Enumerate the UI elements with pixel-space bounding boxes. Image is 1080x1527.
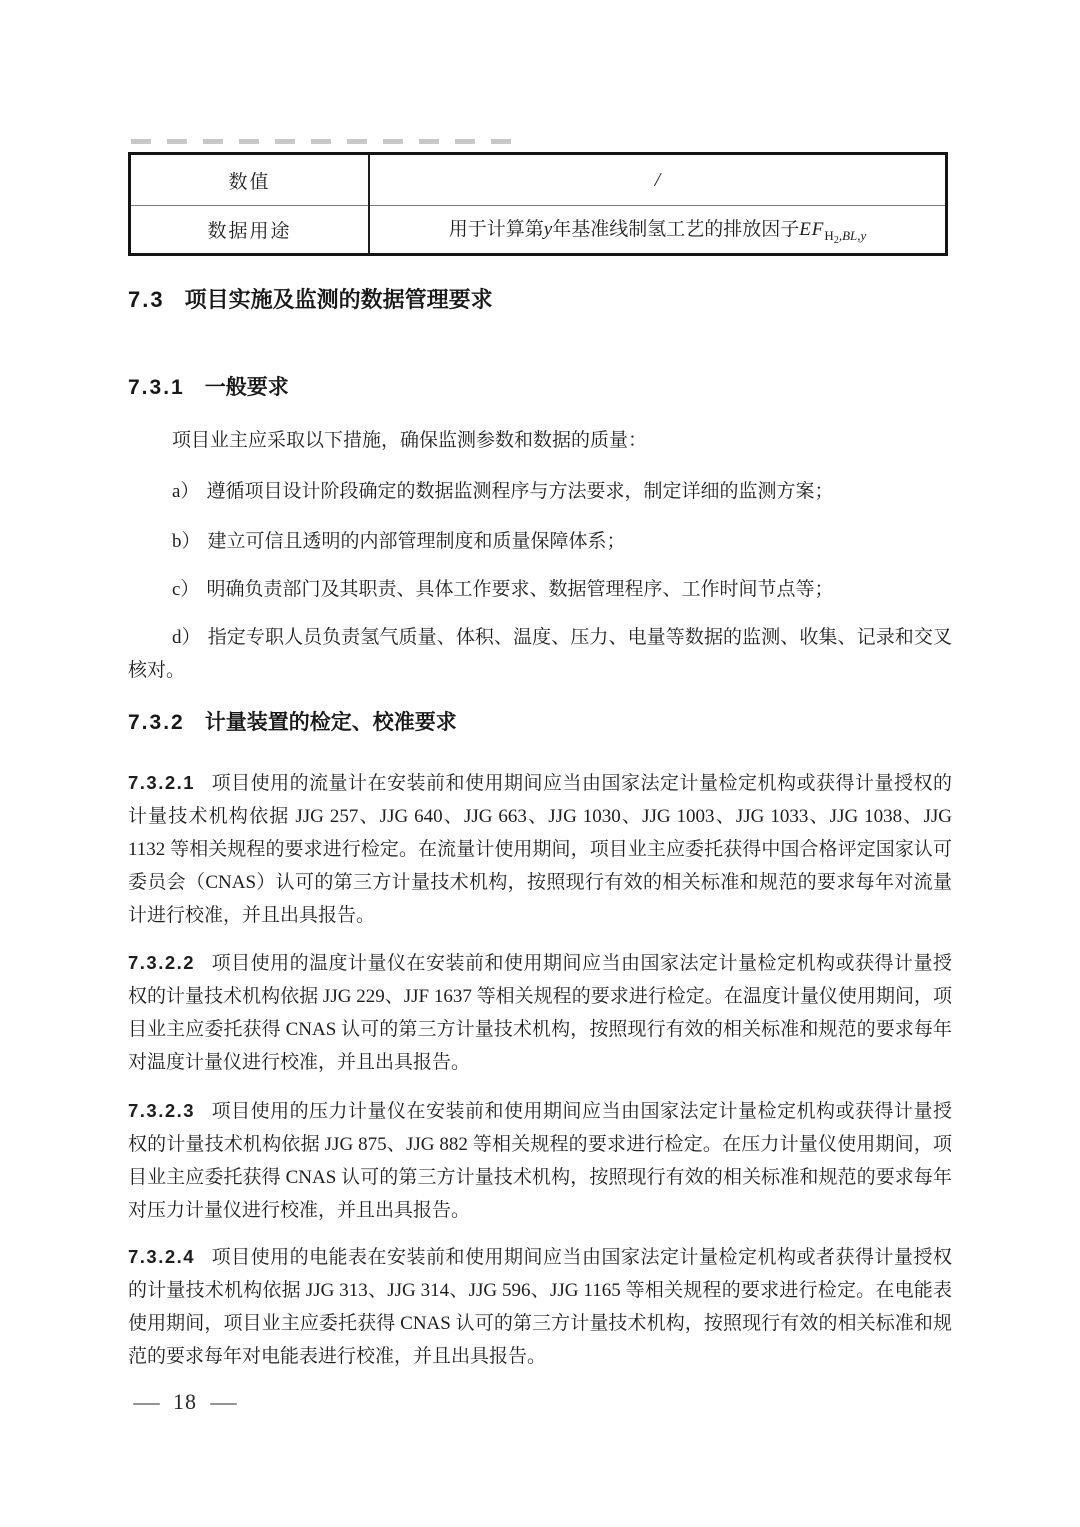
- table-row-usage: 数据用途 用于计算第y年基准线制氢工艺的排放因子EFH2,BL,y: [130, 206, 947, 255]
- heading-7-3: 7.3项目实施及监测的数据管理要求: [128, 283, 952, 314]
- table-row-value: 数值 /: [130, 154, 947, 206]
- data-usage-cell: 用于计算第y年基准线制氢工艺的排放因子EFH2,BL,y: [369, 206, 947, 255]
- clause-7-3-2-1-text: 项目使用的流量计在安装前和使用期间应当由国家法定计量检定机构或获得计量授权的计量…: [128, 773, 952, 926]
- formula-sub-rest: ,BL,y: [839, 228, 866, 243]
- list-item-c-text: 明确负责部门及其职责、具体工作要求、数据管理程序、工作时间节点等；: [206, 579, 833, 600]
- row-label-usage: 数据用途: [130, 206, 370, 255]
- list-item-b-label: b）: [172, 531, 201, 552]
- parameter-table: 数值 / 数据用途 用于计算第y年基准线制氢工艺的排放因子EFH2,BL,y: [128, 152, 948, 256]
- clause-7-3-2-1-number: 7.3.2.1: [128, 772, 195, 793]
- formula-subscript: H2,BL,y: [824, 228, 866, 243]
- usage-var-y: y: [544, 219, 552, 240]
- clause-7-3-2-2-text: 项目使用的温度计量仪在安装前和使用期间应当由国家法定计量检定机构或获得计量授权的…: [128, 953, 952, 1073]
- clause-7-3-2-3-number: 7.3.2.3: [128, 1100, 195, 1121]
- footer-left-dash: —: [133, 1390, 159, 1415]
- list-item-c: c）明确负责部门及其职责、具体工作要求、数据管理程序、工作时间节点等；: [128, 573, 952, 606]
- scan-artifact-line: [131, 139, 523, 144]
- clause-7-3-2-3: 7.3.2.3项目使用的压力计量仪在安装前和使用期间应当由国家法定计量检定机构或…: [128, 1094, 952, 1227]
- row-label-value: 数值: [130, 154, 370, 206]
- list-item-d-text: 指定专职人员负责氢气质量、体积、温度、压力、电量等数据的监测、收集、记录和交叉核…: [128, 627, 952, 681]
- heading-7-3-2-number: 7.3.2: [128, 711, 185, 734]
- page-footer: — 18 —: [136, 1389, 234, 1415]
- clause-7-3-2-2-number: 7.3.2.2: [128, 952, 195, 973]
- list-item-b: b）建立可信且透明的内部管理制度和质量保障体系；: [128, 525, 952, 558]
- list-item-a-label: a）: [172, 481, 199, 502]
- list-item-d-label: d）: [172, 627, 201, 648]
- heading-7-3-title: 项目实施及监测的数据管理要求: [185, 287, 493, 312]
- clause-7-3-2-2: 7.3.2.2项目使用的温度计量仪在安装前和使用期间应当由国家法定计量检定机构或…: [128, 946, 952, 1079]
- list-item-d: d）指定专职人员负责氢气质量、体积、温度、压力、电量等数据的监测、收集、记录和交…: [128, 621, 952, 687]
- list-item-c-label: c）: [172, 579, 199, 600]
- heading-7-3-1-number: 7.3.1: [128, 376, 185, 399]
- formula-sub-h: H: [824, 228, 833, 243]
- heading-7-3-1-title: 一般要求: [205, 376, 289, 399]
- document-page: 数值 / 数据用途 用于计算第y年基准线制氢工艺的排放因子EFH2,BL,y 7…: [0, 0, 1080, 1527]
- intro-paragraph: 项目业主应采取以下措施，确保监测参数和数据的质量：: [128, 424, 952, 457]
- heading-7-3-2: 7.3.2计量装置的检定、校准要求: [128, 706, 952, 736]
- clause-7-3-2-4-text: 项目使用的电能表在安装前和使用期间应当由国家法定计量检定机构或者获得计量授权的计…: [128, 1247, 952, 1367]
- page-number: 18: [173, 1389, 197, 1415]
- formula-ef: EF: [799, 219, 824, 240]
- clause-7-3-2-4-number: 7.3.2.4: [128, 1246, 195, 1267]
- usage-text-prefix: 用于计算第: [449, 219, 544, 240]
- row-value-cell: /: [369, 154, 947, 206]
- list-item-b-text: 建立可信且透明的内部管理制度和质量保障体系；: [208, 531, 626, 552]
- clause-7-3-2-4: 7.3.2.4项目使用的电能表在安装前和使用期间应当由国家法定计量检定机构或者获…: [128, 1240, 952, 1373]
- heading-7-3-2-title: 计量装置的检定、校准要求: [205, 711, 457, 734]
- clause-7-3-2-1: 7.3.2.1项目使用的流量计在安装前和使用期间应当由国家法定计量检定机构或获得…: [128, 766, 952, 932]
- heading-7-3-1: 7.3.1一般要求: [128, 371, 952, 401]
- usage-text-middle: 年基准线制氢工艺的排放因子: [552, 219, 799, 240]
- list-item-a-text: 遵循项目设计阶段确定的数据监测程序与方法要求，制定详细的监测方案；: [206, 481, 833, 502]
- list-item-a: a）遵循项目设计阶段确定的数据监测程序与方法要求，制定详细的监测方案；: [128, 475, 952, 508]
- footer-right-dash: —: [210, 1390, 236, 1415]
- clause-7-3-2-3-text: 项目使用的压力计量仪在安装前和使用期间应当由国家法定计量检定机构或获得计量授权的…: [128, 1101, 952, 1221]
- heading-7-3-number: 7.3: [128, 287, 165, 312]
- value-slash: /: [655, 169, 661, 191]
